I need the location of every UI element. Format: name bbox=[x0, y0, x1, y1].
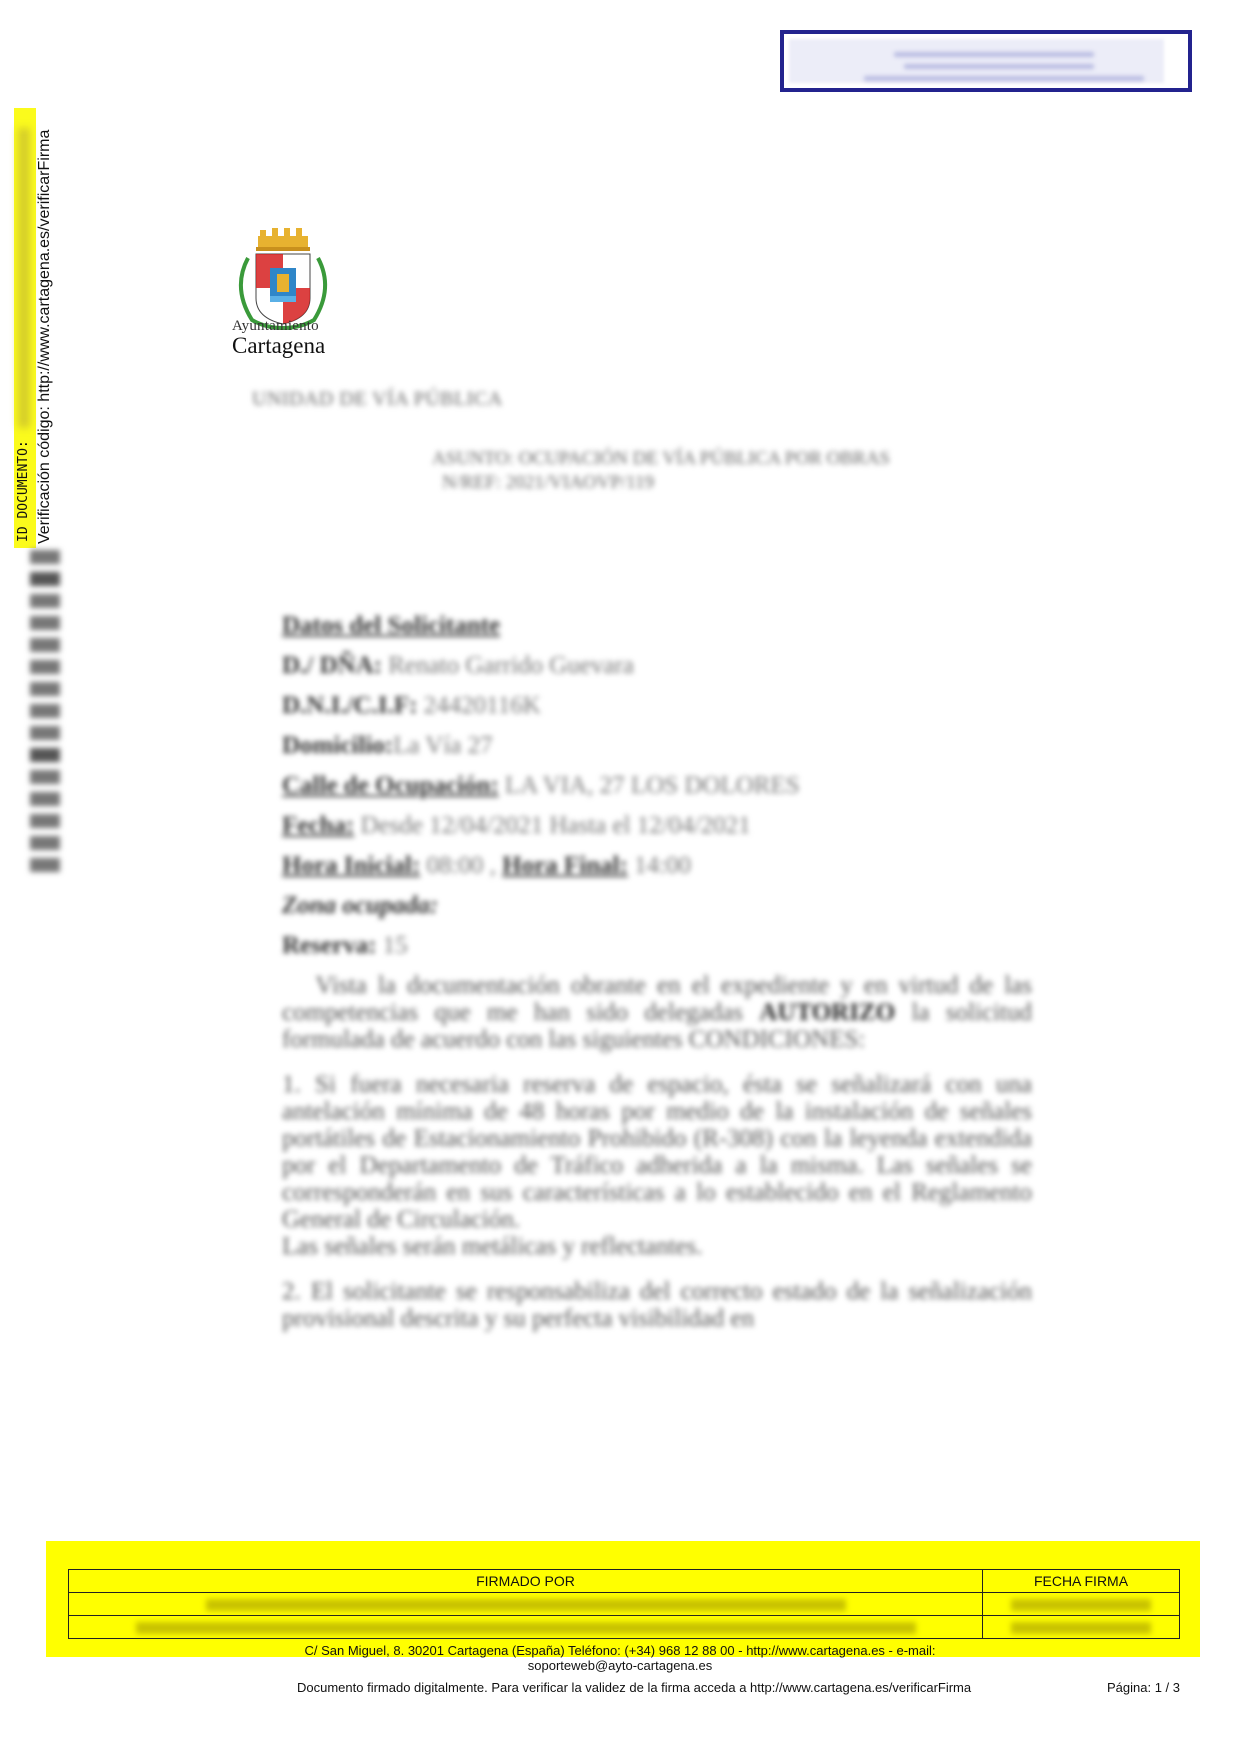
sign-date-redacted bbox=[983, 1593, 1180, 1616]
field-hours: Hora Inicial: 08:00 , Hora Final: 14:00 bbox=[282, 846, 1032, 886]
field-address: Domicilio:La Vía 27 bbox=[282, 726, 1032, 766]
field-zone: Zona ocupada: bbox=[282, 886, 1032, 926]
verification-sidebar: ID DOCUMENTO: Verificación código: http:… bbox=[14, 108, 62, 548]
document-id-redacted bbox=[18, 128, 30, 428]
signature-table: FIRMADO POR FECHA FIRMA bbox=[68, 1569, 1180, 1639]
sign-date-redacted bbox=[983, 1616, 1180, 1639]
verification-link[interactable]: Verificación código: http://www.cartagen… bbox=[36, 130, 54, 544]
logo-text-cartagena: Cartagena bbox=[232, 333, 325, 359]
subject-block: ASUNTO: OCUPACIÓN DE VÍA PÚBLICA POR OBR… bbox=[432, 447, 890, 495]
verification-stamp bbox=[780, 30, 1192, 92]
signer-redacted bbox=[69, 1593, 983, 1616]
document-id-label: ID DOCUMENTO: bbox=[16, 440, 31, 542]
page-number: Página: 1 / 3 bbox=[1107, 1680, 1180, 1695]
subject-line: ASUNTO: OCUPACIÓN DE VÍA PÚBLICA POR OBR… bbox=[432, 447, 890, 471]
stamp-redacted-line bbox=[904, 64, 1094, 69]
field-dni: D.N.I./C.I.F: 24420116K bbox=[282, 686, 1032, 726]
signer-redacted bbox=[69, 1616, 983, 1639]
reference-line: N/REF: 2021/VIAOVP/119 bbox=[432, 471, 890, 495]
condition-2: 2. El solicitante se responsabiliza del … bbox=[282, 1278, 1032, 1332]
digital-signature-note: Documento firmado digitalmente. Para ver… bbox=[297, 1680, 971, 1695]
footer-address: C/ San Miguel, 8. 30201 Cartagena (Españ… bbox=[0, 1643, 1240, 1673]
stamp-redacted-line bbox=[864, 76, 1144, 81]
sign-date-header: FECHA FIRMA bbox=[983, 1570, 1180, 1593]
table-row bbox=[69, 1593, 1180, 1616]
footer-email[interactable]: soporteweb@ayto-cartagena.es bbox=[0, 1658, 1240, 1673]
barcode bbox=[30, 550, 60, 930]
field-reserve: Reserva: 15 bbox=[282, 926, 1032, 966]
condition-1: 1. Si fuera necesaria reserva de espacio… bbox=[282, 1071, 1032, 1260]
field-date: Fecha: Desde 12/04/2021 Hasta el 12/04/2… bbox=[282, 806, 1032, 846]
table-row bbox=[69, 1616, 1180, 1639]
stamp-redacted-line bbox=[894, 52, 1094, 57]
field-name: D./ DÑA: Renato Garrido Guevara bbox=[282, 646, 1032, 686]
authorization-keyword: AUTORIZO bbox=[759, 999, 895, 1026]
department-unit: UNIDAD DE VÍA PÚBLICA bbox=[252, 388, 503, 411]
signed-by-header: FIRMADO POR bbox=[69, 1570, 983, 1593]
field-street: Calle de Ocupación: LA VIA, 27 LOS DOLOR… bbox=[282, 766, 1032, 806]
document-body: Datos del Solicitante D./ DÑA: Renato Ga… bbox=[282, 606, 1032, 1332]
authorization-paragraph: Vista la documentación obrante en el exp… bbox=[282, 972, 1032, 1053]
section-title: Datos del Solicitante bbox=[282, 612, 500, 639]
